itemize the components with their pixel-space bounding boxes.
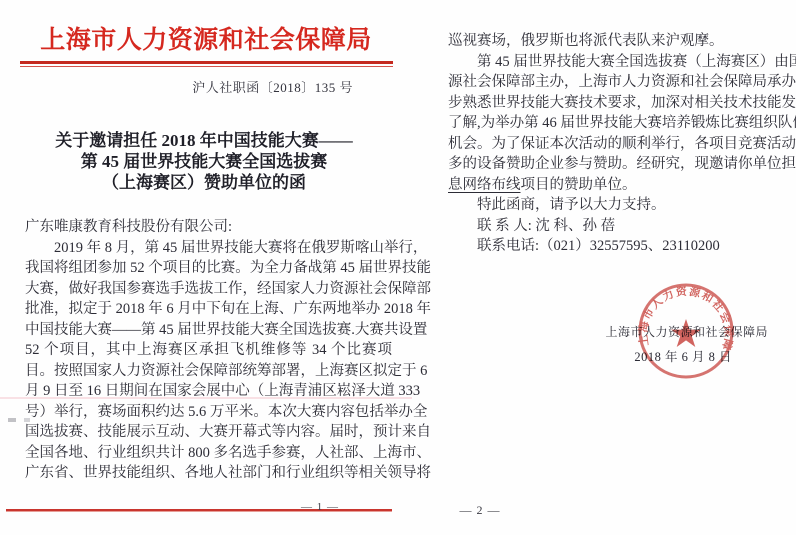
- body-line: 第 45 届世界技能大赛全国选拔赛（上海赛区）由国家人力资: [448, 52, 777, 73]
- text-segment: 全国各地、行业组织共计 800 多名选手参赛，人社部、上海市、: [25, 445, 431, 461]
- letterhead-rule: [20, 61, 393, 64]
- document-number: 沪人社职函〔2018〕135 号: [20, 77, 353, 96]
- scanned-letter: 上海市人力资源和社会保障局 沪人社职函〔2018〕135 号 关于邀请担任 20…: [0, 0, 796, 535]
- text-segment: 2019 年 8 月，第 45 届世界技能大赛将在俄罗斯喀山举行，: [54, 240, 427, 256]
- body-line: 源社会保障部主办，上海市人力资源和社会保障局承办，是进一: [448, 72, 777, 93]
- text-segment: 特此函商，请予以大力支持。: [477, 197, 666, 213]
- text-segment: 步熟悉世界技能大赛技术要求，加深对相关技术技能发展趋势的: [448, 95, 796, 111]
- page2-number: — 2 —: [456, 503, 504, 518]
- body-line: 我国将组团参加 52 个项目的比赛。为全力备战第 45 届世界技能: [25, 258, 392, 279]
- letter-title-line-1: 关于邀请担任 2018 年中国技能大赛——: [18, 130, 390, 151]
- text-segment: 机会。为了保证本次活动的顺利举行，各项目竞赛活动拟争取更: [448, 136, 796, 152]
- seal-arc-text: 上海市人力资源和社会保障局: [636, 281, 736, 353]
- seal-graphic: 上海市人力资源和社会保障局: [636, 281, 736, 381]
- text-segment: 项目的赞助单位。: [521, 177, 637, 193]
- text-segment: 批准，拟定于 2018 年 6 月中下旬在上海、广东两地举办 2018 年: [25, 301, 431, 317]
- salutation: 广东唯康教育科技股份有限公司:: [25, 217, 392, 238]
- text-segment: 源社会保障部主办，上海市人力资源和社会保障局承办，是进一: [448, 74, 796, 90]
- text-segment: 号）举行，赛场面积约达 5.6 万平米。本次大赛内容包括举办全: [25, 404, 427, 420]
- body-line: 息网络布线项目的赞助单位。: [448, 175, 777, 196]
- text-segment: 联系电话:（021）32557595、23110200: [477, 238, 720, 254]
- page1-number: — 1 —: [296, 501, 344, 513]
- body-line: 特此函商，请予以大力支持。: [448, 195, 777, 216]
- body-line: 广东省、世界技能组织、各地人社部门和行业组织等相关领导将: [25, 463, 392, 484]
- text-segment: 国选拔赛、技能展示互动、大赛开幕式等内容。届时，预计来自: [25, 424, 431, 440]
- underlined-text: 息网络布线: [448, 177, 521, 193]
- text-segment: 中国技能大赛——第 45 届世界技能大赛全国选拔赛.大赛共设置: [25, 322, 427, 338]
- body-line: 号）举行，赛场面积约达 5.6 万平米。本次大赛内容包括举办全: [25, 402, 392, 423]
- text-segment: 按照国家人力资源社会保障部统筹部署，上海赛区拟定于 6: [54, 363, 427, 379]
- body-line: 多的设备赞助企业参与赞助。经研究，现邀请你单位担任大赛信: [448, 154, 777, 175]
- body-line: 步熟悉世界技能大赛技术要求，加深对相关技术技能发展趋势的: [448, 93, 777, 114]
- text-segment: 我国将组团参加 52 个项目的比赛。为全力备战第 45 届世界技能: [25, 260, 431, 276]
- letterhead-rule-thin: [20, 66, 393, 67]
- text-segment: 巡视赛场，俄罗斯也将派代表队来沪观摩。: [448, 33, 724, 49]
- body-line: 国选拔赛、技能展示互动、大赛开幕式等内容。届时，预计来自: [25, 422, 392, 443]
- text-segment: 广东省、世界技能组织、各地人社部门和行业组织等相关领导将: [25, 465, 431, 481]
- page1-body: 广东唯康教育科技股份有限公司: 2019 年 8 月，第 45 届世界技能大赛将…: [25, 217, 392, 484]
- body-line: 中国技能大赛——第 45 届世界技能大赛全国选拔赛.大赛共设置: [25, 320, 392, 341]
- agency-letterhead: 上海市人力资源和社会保障局: [20, 20, 392, 56]
- text-segment: 了解,为举办第 46 届世界技能大赛培养锻炼比赛组织队伍的重要: [448, 115, 796, 131]
- body-line: 批准，拟定于 2018 年 6 月中下旬在上海、广东两地举办 2018 年: [25, 299, 392, 320]
- body-line: 了解,为举办第 46 届世界技能大赛培养锻炼比赛组织队伍的重要: [448, 113, 777, 134]
- letter-title-line-2: 第 45 届世界技能大赛全国选拔赛: [18, 151, 390, 172]
- body-line: 联系电话:（021）32557595、23110200: [448, 236, 777, 257]
- body-line: 52 个项目，其中上海赛区承担飞机维修等 34 个比赛项目。: [25, 340, 392, 361]
- body-line: 全国各地、行业组织共计 800 多名选手参赛，人社部、上海市、: [25, 443, 392, 464]
- text-segment: 第 45 届世界技能大赛全国选拔赛（上海赛区）由国家人力资: [477, 54, 796, 70]
- text-segment: 大赛，做好我国参赛选手选拔工作，经国家人力资源社会保障部: [25, 281, 431, 297]
- body-line: 大赛，做好我国参赛选手选拔工作，经国家人力资源社会保障部: [25, 279, 392, 300]
- seal-star-icon: [671, 319, 701, 347]
- body-line: 按照国家人力资源社会保障部统筹部署，上海赛区拟定于 6: [25, 361, 392, 382]
- body-line: 2019 年 8 月，第 45 届世界技能大赛将在俄罗斯喀山举行，: [25, 238, 392, 259]
- body-line: 机会。为了保证本次活动的顺利举行，各项目竞赛活动拟争取更: [448, 134, 777, 155]
- scan-artifact-band: [0, 397, 412, 399]
- official-seal: 上海市人力资源和社会保障局: [636, 281, 736, 381]
- text-segment: 多的设备赞助企业参与赞助。经研究，现邀请你单位担任大赛: [448, 156, 796, 172]
- text-segment: 联 系 人: 沈 科、孙 蓓: [477, 218, 615, 234]
- scan-pencil-marks: [8, 418, 34, 422]
- letter-title-line-3: （上海赛区）赞助单位的函: [18, 172, 390, 193]
- svg-text:上海市人力资源和社会保障局: 上海市人力资源和社会保障局: [636, 281, 736, 353]
- letter-title: 关于邀请担任 2018 年中国技能大赛—— 第 45 届世界技能大赛全国选拔赛 …: [18, 130, 390, 193]
- page2-body: 巡视赛场，俄罗斯也将派代表队来沪观摩。第 45 届世界技能大赛全国选拔赛（上海赛…: [448, 31, 777, 257]
- body-line: 联 系 人: 沈 科、孙 蓓: [448, 216, 777, 237]
- body-line: 巡视赛场，俄罗斯也将派代表队来沪观摩。: [448, 31, 777, 52]
